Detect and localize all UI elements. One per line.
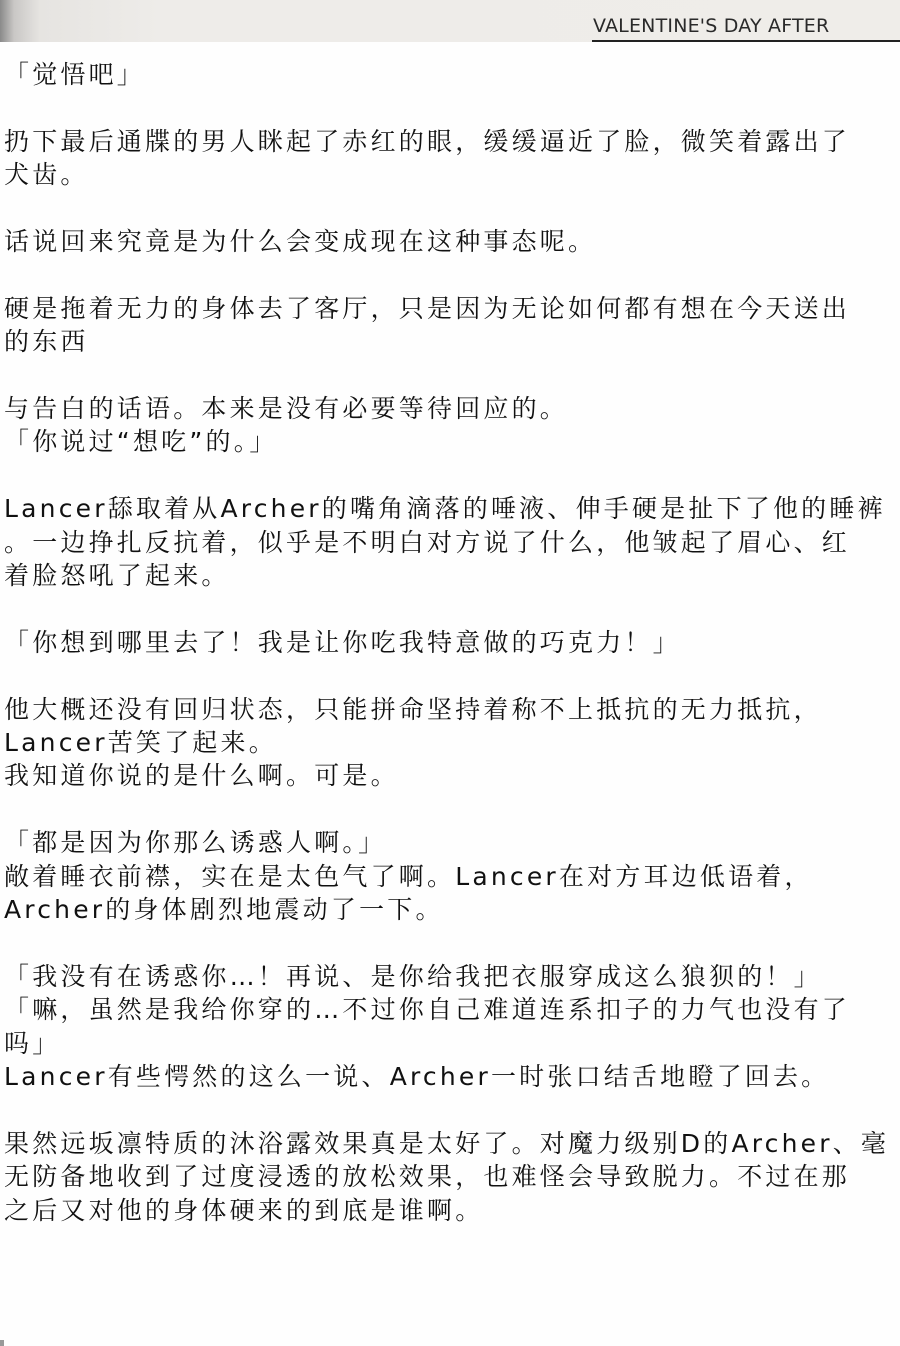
paragraph-gap [4,793,896,826]
text-line: 扔下最后通牒的男人眯起了赤红的眼，缓缓逼近了脸，微笑着露出了 [4,125,896,158]
text-line: 果然远坂凛特质的沐浴露效果真是太好了。对魔力级别D的Archer、毫 [4,1127,896,1160]
text-line: Archer的身体剧烈地震动了一下。 [4,893,896,926]
paragraph: 他大概还没有回归状态，只能拼命坚持着称不上抵抗的无力抵抗， Lancer苦笑了起… [4,693,896,793]
paragraph: 「你想到哪里去了！我是让你吃我特意做的巧克力！」 [4,626,896,659]
text-line: 着脸怒吼了起来。 [4,559,896,592]
text-line: 之后又对他的身体硬来的到底是谁啊。 [4,1194,896,1227]
running-header-title: VALENTINE'S DAY AFTER [593,14,829,38]
paragraph-gap [4,659,896,692]
header-underline [592,40,900,42]
paragraph-gap [4,926,896,959]
text-line: 「你想到哪里去了！我是让你吃我特意做的巧克力！」 [4,626,896,659]
paragraph: 与告白的话语。本来是没有必要等待回应的。 「你说过“想吃”的。」 [4,392,896,459]
text-line: 吗」 [4,1027,896,1060]
text-line: Lancer苦笑了起来。 [4,726,896,759]
paragraph: 果然远坂凛特质的沐浴露效果真是太好了。对魔力级别D的Archer、毫 无防备地收… [4,1127,896,1227]
paragraph-gap [4,359,896,392]
text-line: 。一边挣扎反抗着，似乎是不明白对方说了什么，他皱起了眉心、红 [4,526,896,559]
page-body-text: 「觉悟吧」 扔下最后通牒的男人眯起了赤红的眼，缓缓逼近了脸，微笑着露出了 犬齿。… [4,58,896,1227]
text-line: 「我没有在诱惑你…！再说、是你给我把衣服穿成这么狼狈的！」 [4,960,896,993]
text-line: 「都是因为你那么诱惑人啊。」 [4,826,896,859]
paragraph: 「觉悟吧」 [4,58,896,91]
text-line: 他大概还没有回归状态，只能拼命坚持着称不上抵抗的无力抵抗， [4,693,896,726]
text-line: 「嘛，虽然是我给你穿的…不过你自己难道连系扣子的力气也没有了 [4,993,896,1026]
paragraph: 话说回来究竟是为什么会变成现在这种事态呢。 [4,225,896,258]
paragraph: 「都是因为你那么诱惑人啊。」 敞着睡衣前襟，实在是太色气了啊。Lancer在对方… [4,826,896,926]
scan-corner-artifact [0,1340,4,1346]
text-line: Lancer舔取着从Archer的嘴角滴落的唾液、伸手硬是扯下了他的睡裤 [4,492,896,525]
paragraph-gap [4,459,896,492]
paragraph: 扔下最后通牒的男人眯起了赤红的眼，缓缓逼近了脸，微笑着露出了 犬齿。 [4,125,896,192]
paragraph: Lancer舔取着从Archer的嘴角滴落的唾液、伸手硬是扯下了他的睡裤 。一边… [4,492,896,592]
text-line: 与告白的话语。本来是没有必要等待回应的。 [4,392,896,425]
text-line: 「觉悟吧」 [4,58,896,91]
text-line: 「你说过“想吃”的。」 [4,425,896,458]
paragraph: 硬是拖着无力的身体去了客厅，只是因为无论如何都有想在今天送出 的东西 [4,292,896,359]
text-line: 敞着睡衣前襟，实在是太色气了啊。Lancer在对方耳边低语着， [4,860,896,893]
paragraph-gap [4,91,896,124]
text-line: 的东西 [4,325,896,358]
paragraph: 「我没有在诱惑你…！再说、是你给我把衣服穿成这么狼狈的！」 「嘛，虽然是我给你穿… [4,960,896,1094]
paragraph-gap [4,192,896,225]
text-line: 无防备地收到了过度浸透的放松效果，也难怪会导致脱力。不过在那 [4,1160,896,1193]
paragraph-gap [4,258,896,291]
text-line: Lancer有些愕然的这么一说、Archer一时张口结舌地瞪了回去。 [4,1060,896,1093]
paragraph-gap [4,1093,896,1126]
text-line: 我知道你说的是什么啊。可是。 [4,759,896,792]
text-line: 犬齿。 [4,158,896,191]
paragraph-gap [4,592,896,625]
text-line: 话说回来究竟是为什么会变成现在这种事态呢。 [4,225,896,258]
text-line: 硬是拖着无力的身体去了客厅，只是因为无论如何都有想在今天送出 [4,292,896,325]
